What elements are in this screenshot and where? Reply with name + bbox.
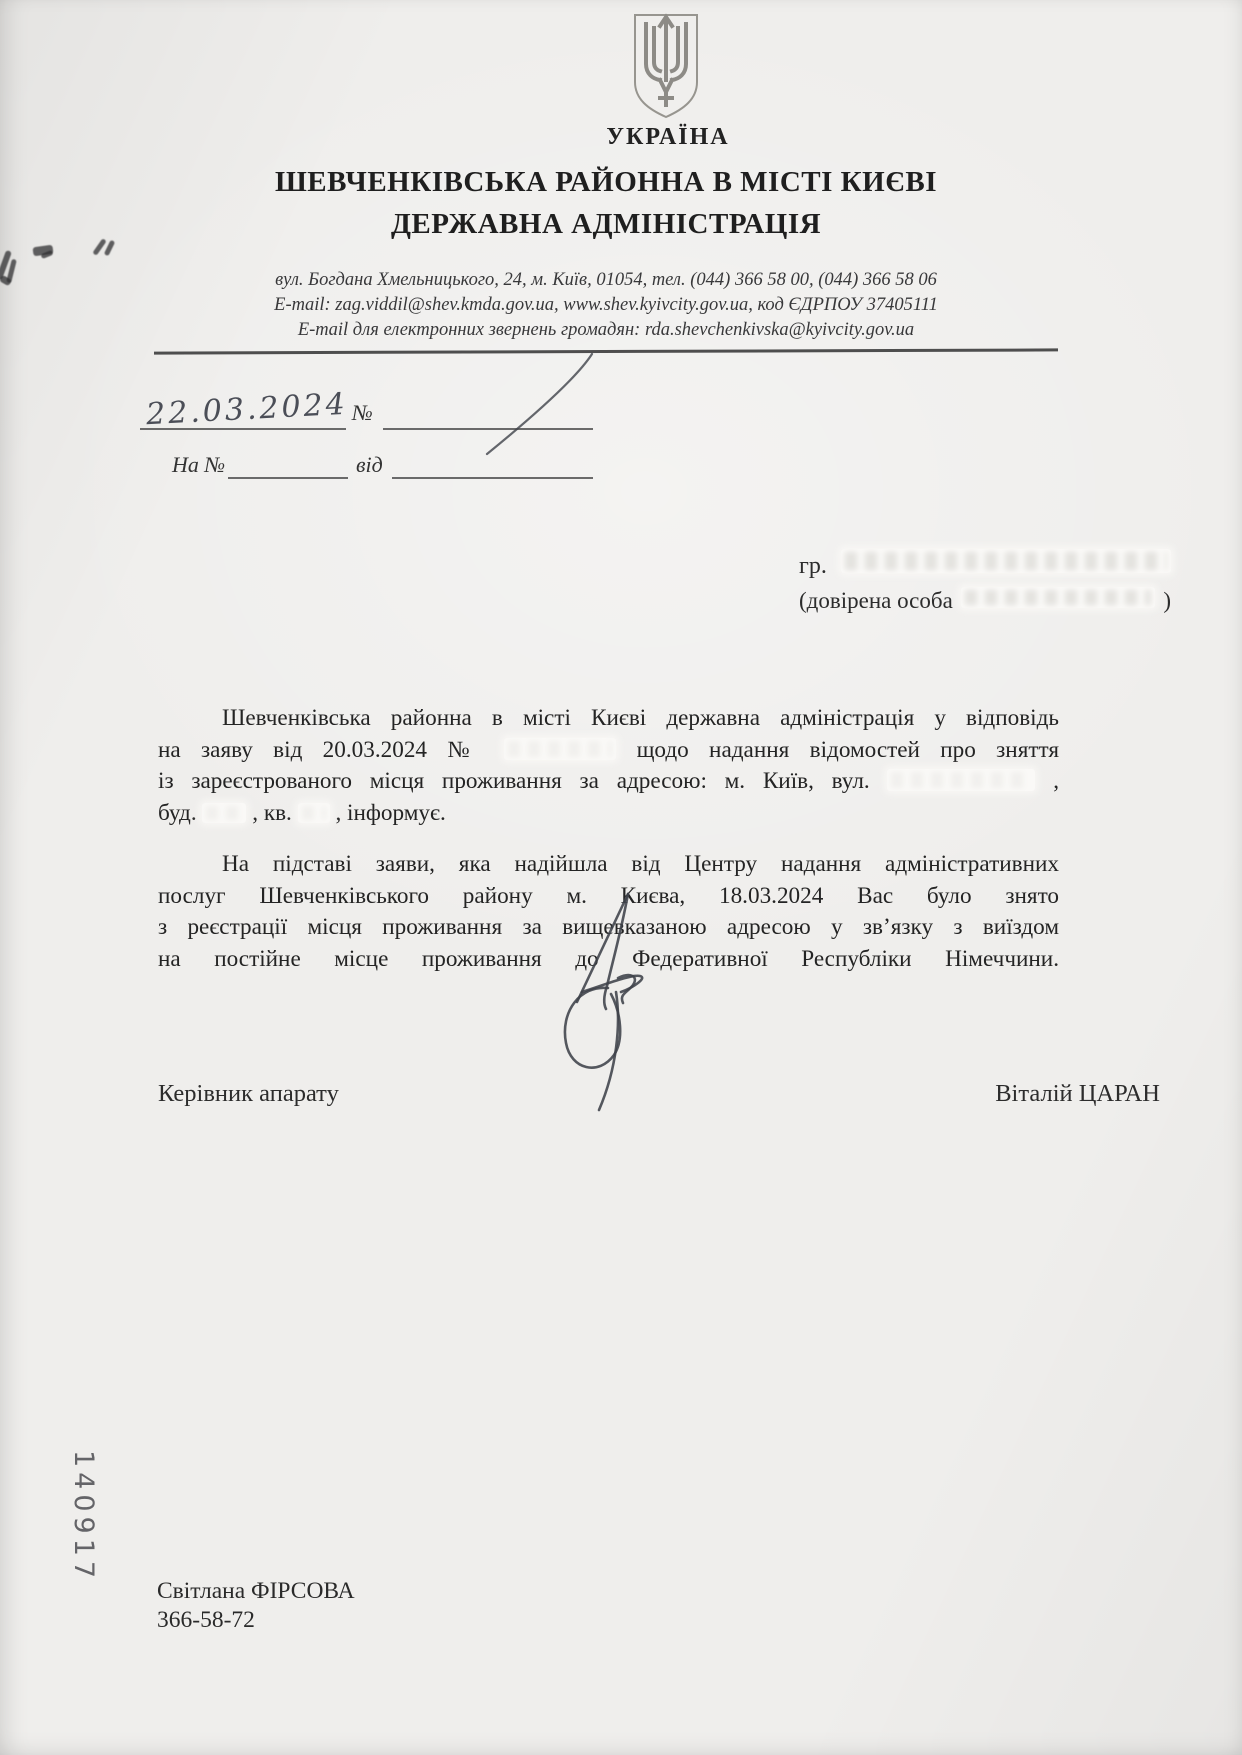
p1-line3-text-b: ,	[1053, 768, 1059, 794]
redacted-application-number	[504, 738, 616, 760]
p1-line4-text-b: , кв.	[252, 800, 292, 826]
date-underline	[140, 428, 346, 430]
redacted-building-number	[202, 803, 246, 823]
p1-line4-text-c: , інформує.	[335, 800, 445, 826]
organization-name-line1: ШЕВЧЕНКІВСЬКА РАЙОННА В МІСТІ КИЄВІ	[106, 166, 1106, 199]
redacted-proxy-name	[961, 587, 1156, 608]
signer-position: Керівник апарату	[158, 1080, 339, 1108]
p2-line1: На підставі заяви, яка надійшла від Цент…	[158, 849, 1059, 881]
p1-line1: Шевченківська районна в місті Києві держ…	[158, 703, 1059, 735]
p1-line4: буд. , кв. , інформує.	[158, 798, 1059, 830]
handwritten-signature	[520, 882, 705, 1117]
p1-line3-text-a: із зареєстрованого місця проживання за а…	[158, 768, 870, 794]
redacted-recipient-name	[841, 549, 1171, 573]
executor-name: Світлана ФІРСОВА	[157, 1578, 355, 1605]
redacted-apartment-number	[298, 803, 330, 823]
p1-line4-text-a: буд.	[158, 800, 197, 826]
p1-line2: на заяву від 20.03.2024 № щодо надання в…	[158, 735, 1059, 767]
incoming-date-label: від	[356, 452, 383, 478]
address-line: вул. Богдана Хмельницького, 24, м. Київ,…	[106, 268, 1106, 293]
body-paragraph-1: Шевченківська районна в місті Києві держ…	[158, 703, 1059, 829]
p1-line2-text-a: на заяву від 20.03.2024 №	[158, 737, 484, 763]
recipient-salutation: гр.	[799, 553, 827, 580]
incoming-number-label: На №	[172, 452, 225, 478]
vertical-registration-number: 140917	[67, 1450, 99, 1574]
organization-name-line2: ДЕРЖАВНА АДМІНІСТРАЦІЯ	[106, 208, 1106, 241]
executor-phone: 366-58-72	[157, 1607, 255, 1634]
scanned-letter-page: УКРАЇНА ШЕВЧЕНКІВСЬКА РАЙОННА В МІСТІ КИ…	[0, 0, 1242, 1755]
email-line: E-mail: zag.viddil@shev.kmda.gov.ua, www…	[106, 293, 1106, 318]
redacted-street-name	[887, 769, 1035, 791]
handwritten-slash-mark	[470, 340, 610, 462]
p1-line2-text-b: щодо надання відомостей про зняття	[637, 737, 1059, 763]
p1-line3: із зареєстрованого місця проживання за а…	[158, 766, 1059, 798]
ukraine-trident-icon	[629, 12, 703, 127]
incoming-date-underline	[392, 477, 593, 479]
handwritten-outgoing-date: 22.03.2024	[145, 387, 348, 433]
recipient-block: гр. (довірена особа )	[799, 549, 1171, 614]
number-sign: №	[352, 400, 373, 426]
proxy-note-close: )	[1163, 588, 1171, 614]
incoming-number-underline	[228, 477, 348, 479]
country-name: УКРАЇНА	[568, 124, 768, 151]
signer-name: Віталій ЦАРАН	[995, 1080, 1160, 1108]
proxy-note-open: (довірена особа	[799, 588, 953, 614]
